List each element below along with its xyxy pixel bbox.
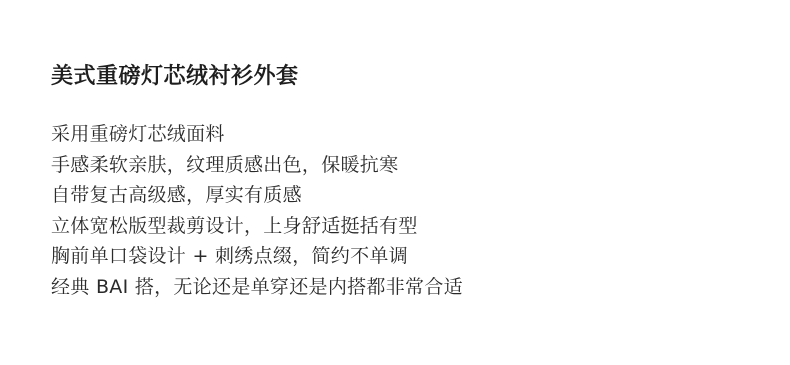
feature-item: 自带复古高级感，厚实有质感	[51, 180, 463, 211]
feature-item: 经典 BAI 搭，无论还是单穿还是内搭都非常合适	[51, 272, 463, 303]
feature-item: 立体宽松版型裁剪设计，上身舒适挺括有型	[51, 211, 463, 242]
product-title: 美式重磅灯芯绒衬衫外套	[51, 60, 299, 94]
feature-item: 手感柔软亲肤，纹理质感出色，保暖抗寒	[51, 150, 463, 181]
feature-item: 胸前单口袋设计 + 刺绣点缀，简约不单调	[51, 241, 463, 272]
feature-item: 采用重磅灯芯绒面料	[51, 119, 463, 150]
feature-list: 采用重磅灯芯绒面料 手感柔软亲肤，纹理质感出色，保暖抗寒 自带复古高级感，厚实有…	[51, 119, 463, 302]
